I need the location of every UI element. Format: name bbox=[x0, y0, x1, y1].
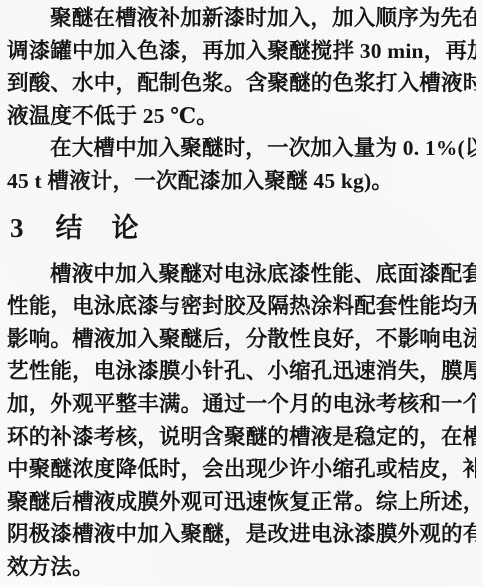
paragraph-conclusion: 槽液中加入聚醚对电泳底漆性能、底面漆配套 性能，电泳底漆与密封胶及隔热涂料配套性… bbox=[7, 258, 476, 584]
text-line: 调漆罐中加入色漆，再加入聚醚搅拌 30 min，再加入 bbox=[7, 35, 476, 68]
text-line: 影响。槽液加入聚醚后，分散性良好，不影响电泳工 bbox=[7, 323, 476, 356]
text-line: 艺性能，电泳漆膜小针孔、小缩孔迅速消失，膜厚增 bbox=[7, 355, 476, 388]
text-line: 聚醚后槽液成膜外观可迅速恢复正常。综上所述，在 bbox=[7, 486, 476, 519]
text-line: 加，外观平整丰满。通过一个月的电泳考核和一个循 bbox=[7, 388, 476, 421]
text-line: 阴极漆槽液中加入聚醚，是改进电泳漆膜外观的有 bbox=[7, 518, 476, 551]
text-line: 液温度不低于 25 ℃。 bbox=[7, 100, 476, 133]
paragraph-polyether-addition-procedure: 聚醚在槽液补加新漆时加入，加入顺序为先在 调漆罐中加入色漆，再加入聚醚搅拌 30… bbox=[7, 2, 476, 132]
document-page: 聚醚在槽液补加新漆时加入，加入顺序为先在 调漆罐中加入色漆，再加入聚醚搅拌 30… bbox=[0, 0, 483, 587]
section-number: 3 bbox=[10, 213, 25, 244]
text-line: 聚醚在槽液补加新漆时加入，加入顺序为先在 bbox=[7, 2, 476, 35]
text-line: 性能，电泳底漆与密封胶及隔热涂料配套性能均无 bbox=[7, 290, 476, 323]
section-title: 结 论 bbox=[56, 213, 140, 244]
text-line: 槽液中加入聚醚对电泳底漆性能、底面漆配套 bbox=[7, 258, 476, 291]
text-line: 45 t 槽液计，一次配漆加入聚醚 45 kg)。 bbox=[7, 165, 476, 198]
text-line: 效方法。 bbox=[7, 551, 476, 584]
text-line: 环的补漆考核，说明含聚醚的槽液是稳定的，在槽液 bbox=[7, 421, 476, 454]
paragraph-dosage-in-large-tank: 在大槽中加入聚醚时，一次加入量为 0. 1%(以 45 t 槽液计，一次配漆加入… bbox=[7, 132, 476, 197]
text-line: 中聚醚浓度降低时，会出现少许小缩孔或桔皮，补加 bbox=[7, 453, 476, 486]
section-heading-conclusion: 3结 论 bbox=[10, 213, 476, 244]
text-line: 在大槽中加入聚醚时，一次加入量为 0. 1%(以 bbox=[7, 132, 476, 165]
text-line: 到酸、水中，配制色浆。含聚醚的色浆打入槽液时，槽 bbox=[7, 67, 476, 100]
